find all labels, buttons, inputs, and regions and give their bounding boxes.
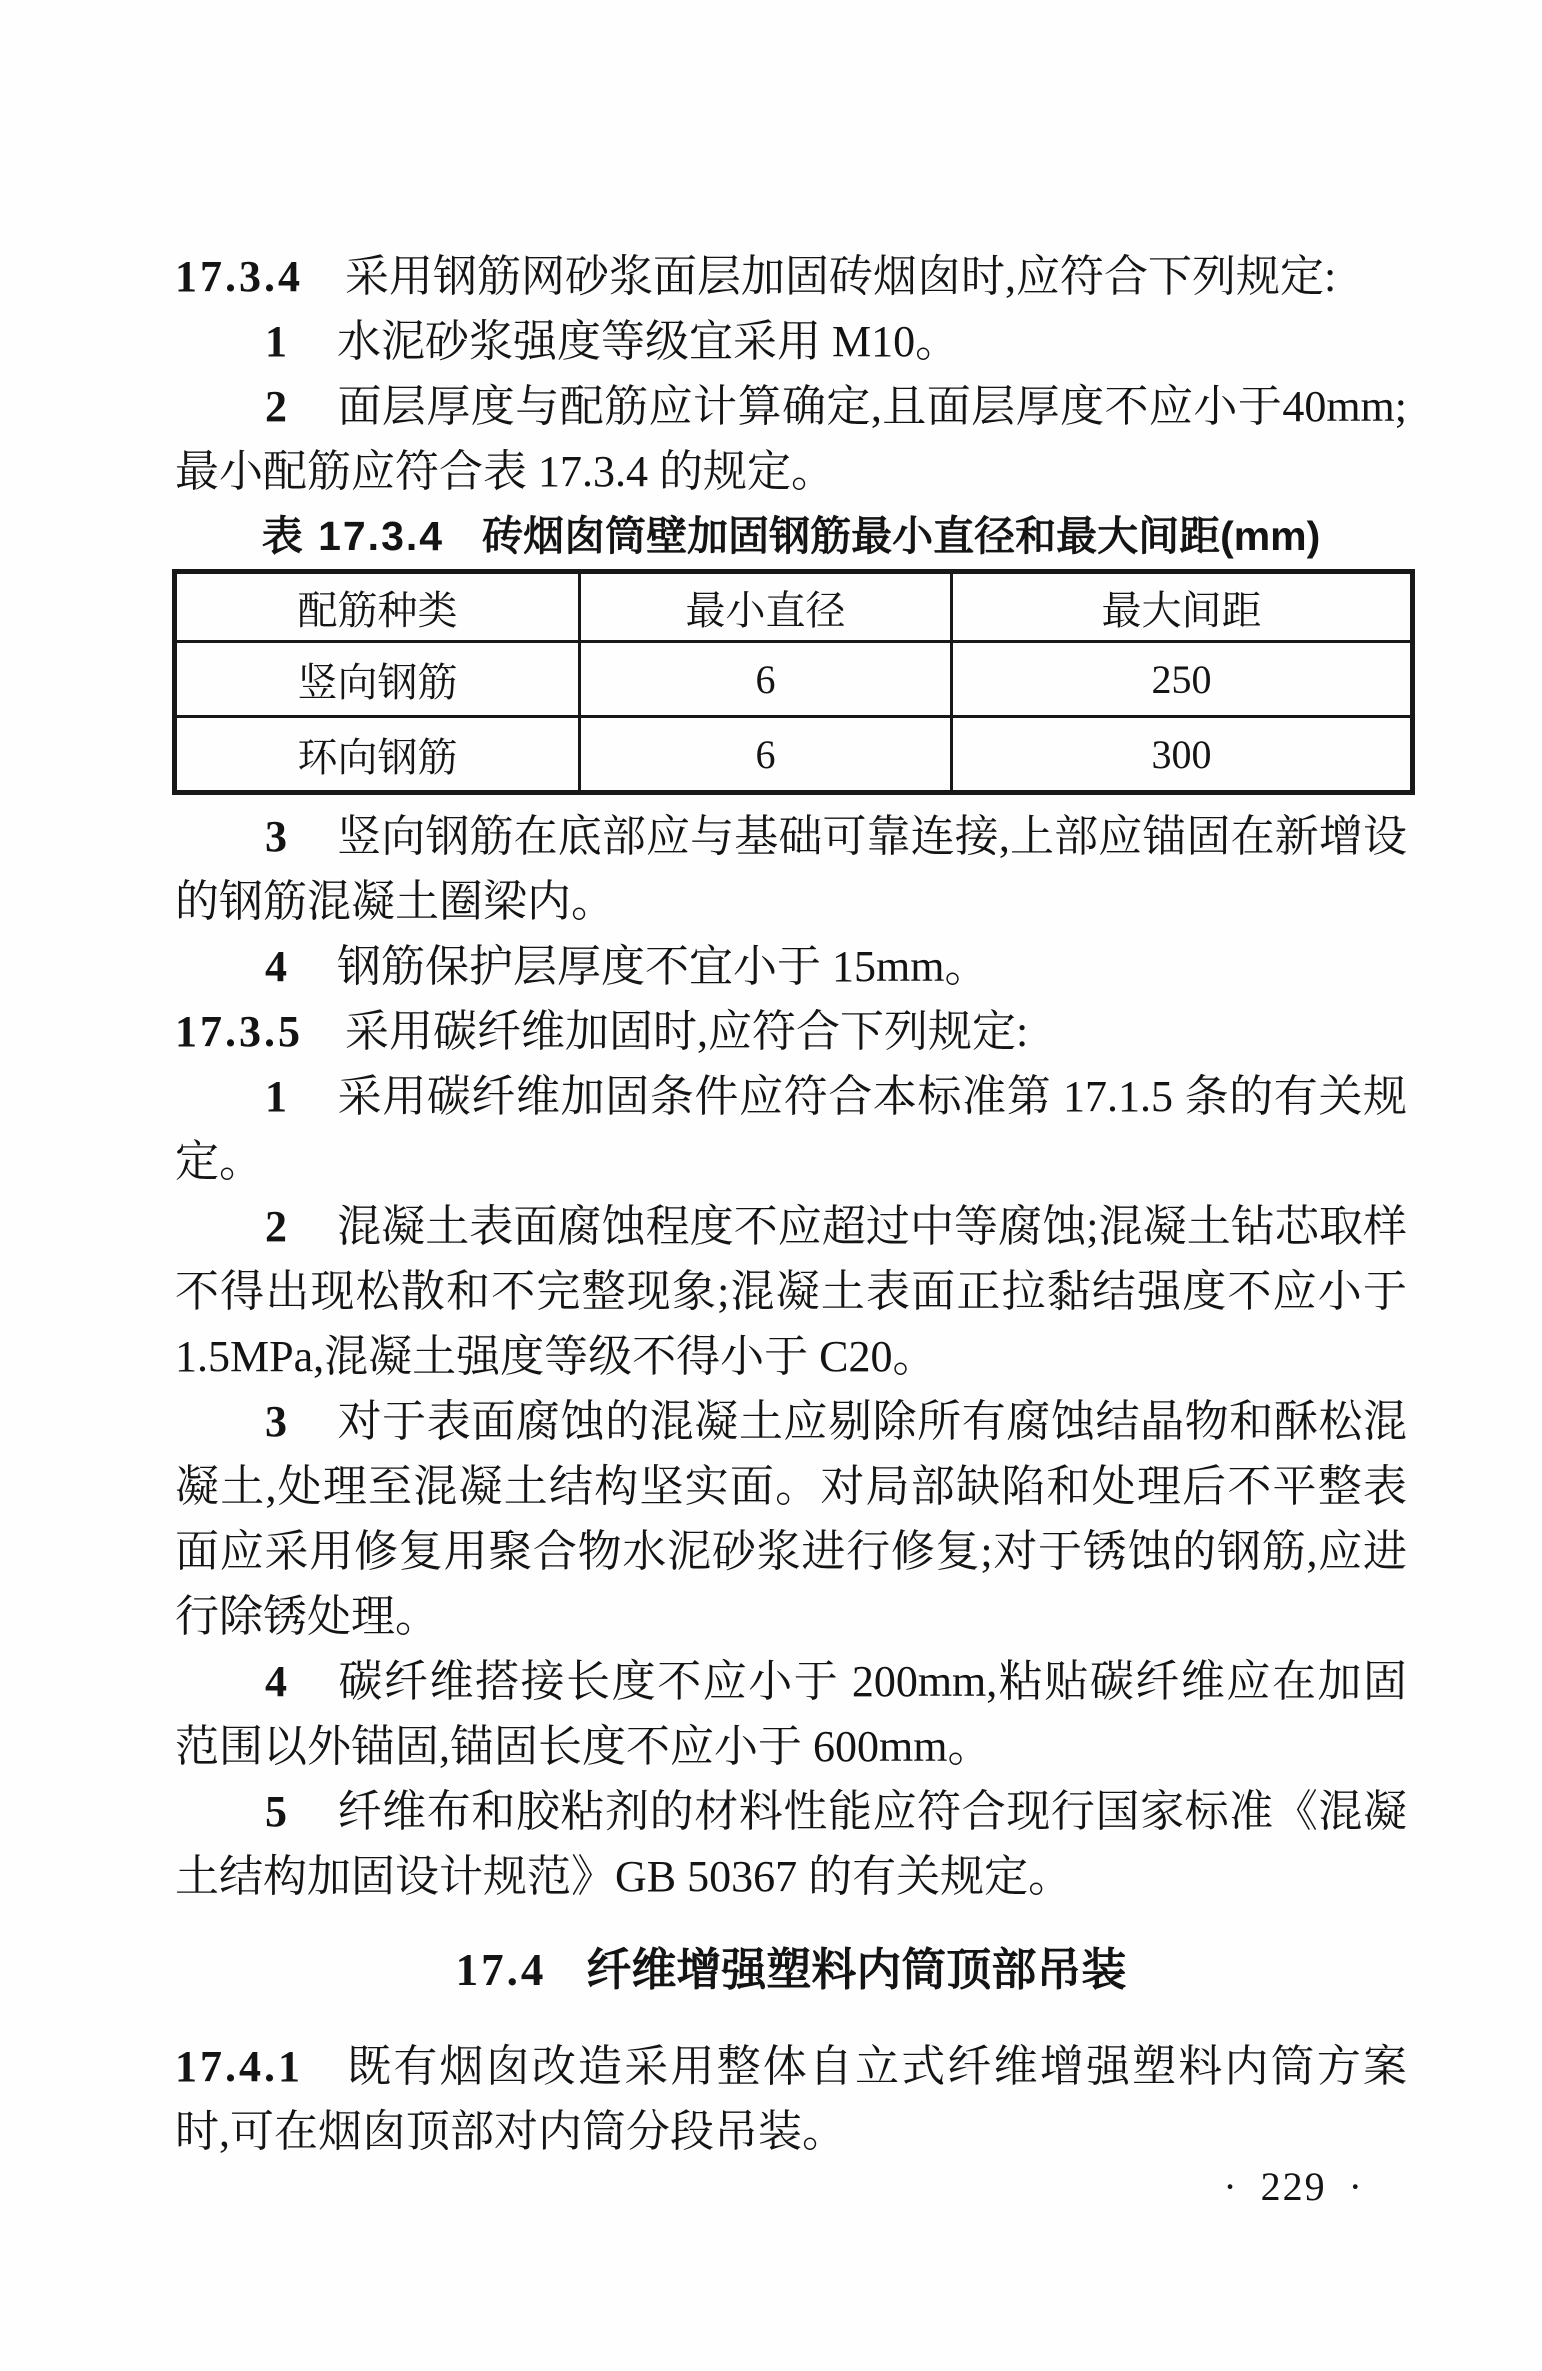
page-content: 17.3.4采用钢筋网砂浆面层加固砖烟囱时,应符合下列规定: 1水泥砂浆强度等级… — [175, 244, 1407, 2164]
clause-17-3-4-item-3: 3竖向钢筋在底部应与基础可靠连接,上部应锚固在新增设的钢筋混凝土圈梁内。 — [175, 804, 1407, 934]
clause-17-3-5-item-4: 4碳纤维搭接长度不应小于 200mm,粘贴碳纤维应在加固范围以外锚固,锚固长度不… — [175, 1649, 1407, 1779]
table-header-cell: 最大间距 — [952, 572, 1413, 642]
item-number: 2 — [265, 382, 287, 431]
table-cell: 竖向钢筋 — [175, 642, 580, 717]
item-text: 对于表面腐蚀的混凝土应剔除所有腐蚀结晶物和酥松混凝土,处理至混凝土结构坚实面。对… — [175, 1397, 1407, 1641]
item-number: 4 — [265, 1657, 287, 1706]
document-page: 17.3.4采用钢筋网砂浆面层加固砖烟囱时,应符合下列规定: 1水泥砂浆强度等级… — [0, 0, 1542, 2371]
item-number: 3 — [265, 1397, 287, 1446]
clause-17-3-5: 17.3.5采用碳纤维加固时,应符合下列规定: — [175, 999, 1407, 1064]
item-text: 水泥砂浆强度等级宜采用 M10。 — [337, 317, 959, 366]
clause-17-3-5-item-1: 1采用碳纤维加固条件应符合本标准第 17.1.5 条的有关规定。 — [175, 1064, 1407, 1194]
item-text: 钢筋保护层厚度不宜小于 15mm。 — [337, 942, 988, 991]
table-cell: 250 — [952, 642, 1413, 717]
clause-text: 采用碳纤维加固时,应符合下列规定: — [345, 1007, 1028, 1056]
clause-17-3-4-item-2: 2面层厚度与配筋应计算确定,且面层厚度不应小于40mm;最小配筋应符合表 17.… — [175, 374, 1407, 504]
item-text: 面层厚度与配筋应计算确定,且面层厚度不应小于40mm;最小配筋应符合表 17.3… — [175, 382, 1407, 496]
item-text: 碳纤维搭接长度不应小于 200mm,粘贴碳纤维应在加固范围以外锚固,锚固长度不应… — [175, 1657, 1407, 1771]
section-heading-title: 纤维增强塑料内筒顶部吊装 — [586, 1944, 1126, 1995]
item-text: 混凝土表面腐蚀程度不应超过中等腐蚀;混凝土钻芯取样不得出现松散和不完整现象;混凝… — [175, 1202, 1407, 1381]
table-title-text: 砖烟囱筒壁加固钢筋最小直径和最大间距(mm) — [482, 513, 1320, 559]
item-number: 2 — [265, 1202, 287, 1251]
item-number: 1 — [265, 317, 287, 366]
clause-17-3-4-item-4: 4钢筋保护层厚度不宜小于 15mm。 — [175, 934, 1407, 999]
item-text: 纤维布和胶粘剂的材料性能应符合现行国家标准《混凝土结构加固设计规范》GB 503… — [175, 1787, 1407, 1901]
table-header-row: 配筋种类 最小直径 最大间距 — [175, 572, 1413, 642]
item-number: 4 — [265, 942, 287, 991]
clause-17-3-5-item-2: 2混凝土表面腐蚀程度不应超过中等腐蚀;混凝土钻芯取样不得出现松散和不完整现象;混… — [175, 1194, 1407, 1389]
table-title: 表 17.3.4砖烟囱筒壁加固钢筋最小直径和最大间距(mm) — [175, 504, 1407, 569]
clause-number: 17.4.1 — [175, 2042, 303, 2091]
clause-17-4-1: 17.4.1既有烟囱改造采用整体自立式纤维增强塑料内筒方案时,可在烟囱顶部对内筒… — [175, 2034, 1407, 2164]
item-number: 3 — [265, 812, 287, 861]
item-number: 1 — [265, 1072, 287, 1121]
section-heading-number: 17.4 — [456, 1945, 547, 1995]
table-row: 环向钢筋 6 300 — [175, 717, 1413, 793]
clause-text: 采用钢筋网砂浆面层加固砖烟囱时,应符合下列规定: — [345, 252, 1336, 301]
page-number: · 229 · — [1223, 2164, 1364, 2210]
reinforcement-table: 配筋种类 最小直径 最大间距 竖向钢筋 6 250 环向钢筋 6 300 — [172, 569, 1415, 795]
table-row: 竖向钢筋 6 250 — [175, 642, 1413, 717]
clause-17-3-4-item-1: 1水泥砂浆强度等级宜采用 M10。 — [175, 309, 1407, 374]
item-number: 5 — [265, 1787, 287, 1836]
clause-number: 17.3.5 — [175, 1007, 303, 1056]
table-header-cell: 配筋种类 — [175, 572, 580, 642]
clause-17-3-5-item-3: 3对于表面腐蚀的混凝土应剔除所有腐蚀结晶物和酥松混凝土,处理至混凝土结构坚实面。… — [175, 1389, 1407, 1649]
table-title-label: 表 17.3.4 — [262, 513, 444, 559]
table-cell: 6 — [580, 642, 952, 717]
section-heading-17-4: 17.4纤维增强塑料内筒顶部吊装 — [175, 1937, 1407, 2003]
clause-17-3-4: 17.3.4采用钢筋网砂浆面层加固砖烟囱时,应符合下列规定: — [175, 244, 1407, 309]
table-cell: 6 — [580, 717, 952, 793]
clause-text: 既有烟囱改造采用整体自立式纤维增强塑料内筒方案时,可在烟囱顶部对内筒分段吊装。 — [175, 2042, 1407, 2156]
item-text: 采用碳纤维加固条件应符合本标准第 17.1.5 条的有关规定。 — [175, 1072, 1407, 1186]
table-header-cell: 最小直径 — [580, 572, 952, 642]
table-cell: 环向钢筋 — [175, 717, 580, 793]
table-cell: 300 — [952, 717, 1413, 793]
clause-17-3-5-item-5: 5纤维布和胶粘剂的材料性能应符合现行国家标准《混凝土结构加固设计规范》GB 50… — [175, 1779, 1407, 1909]
clause-number: 17.3.4 — [175, 252, 303, 301]
item-text: 竖向钢筋在底部应与基础可靠连接,上部应锚固在新增设的钢筋混凝土圈梁内。 — [175, 812, 1407, 926]
